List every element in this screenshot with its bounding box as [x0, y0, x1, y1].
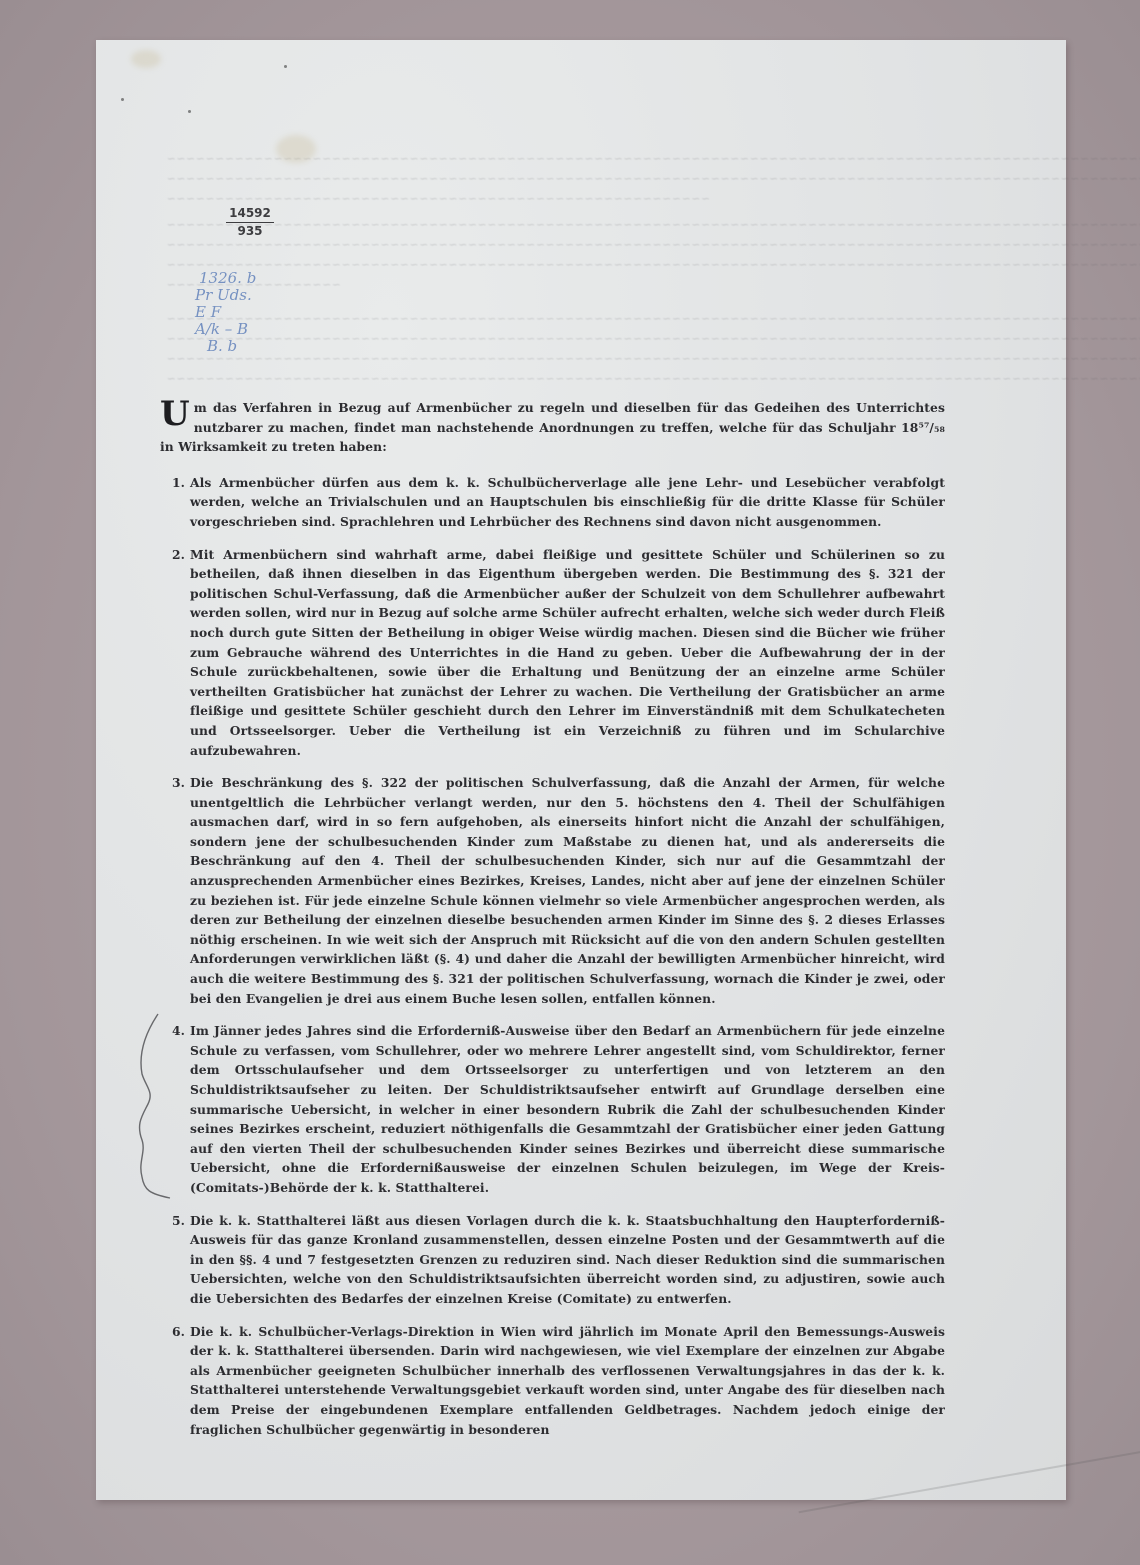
bleed-through-text: ~~~~~~~~~~~~~~~~~~~~~~~~~~~~~~~~~~~~~~~~…	[166, 192, 710, 205]
file-number-numerator: 14592	[226, 206, 274, 221]
ordinance-item-6: 6. Die k. k. Schulbücher-Verlags-Direkti…	[160, 1322, 945, 1440]
item-number: 5.	[160, 1211, 190, 1309]
bleed-through-text: ~~~~~~~~~~~~~~~~~~~~~~~~~~~~~~~~~~~~~~~~…	[166, 332, 1140, 345]
item-text: Die k. k. Schulbücher-Verlags-Direktion …	[190, 1322, 945, 1440]
bleed-through-text: ~~~~~~~~~~~~~~~~~~~~~~~~~~~~~~~~~~~~~~~~…	[166, 172, 1140, 185]
paper-stain	[276, 135, 316, 163]
item-text: Im Jänner jedes Jahres sind die Erforder…	[190, 1021, 945, 1197]
paper-stain	[131, 50, 161, 68]
bleed-through-text: ~~~~~~~~~~~~~~~~~~~~~~~~~~~~~~~~~~~~~~~~…	[166, 352, 1140, 365]
item-number: 6.	[160, 1322, 190, 1440]
bleed-through-text: ~~~~~~~~~~~~~~~~~~~~~~~~~~~~~~~~~~~~~~~~…	[166, 312, 1140, 325]
item-number: 4.	[160, 1021, 190, 1197]
item-text: Als Armenbücher dürfen aus dem k. k. Sch…	[190, 473, 945, 532]
paper-spot	[284, 65, 287, 68]
handwritten-note: Pr Uds.	[195, 287, 256, 304]
paper-spot	[188, 110, 191, 113]
bleed-through-text: ~~~~~~~~~~~~~~~~~~~~~~~~~~~~~~~~~~~~~~~~…	[166, 258, 1140, 271]
bleed-through-text: ~~~~~~~~~~~~~~~~~~~~~~~~~~~~~~~~~~~~~~~~…	[166, 238, 1140, 251]
intro-paragraph: U m das Verfahren in Bezug auf Armenbüch…	[160, 398, 945, 457]
handwritten-notes: 1326. b Pr Uds. E F A/k – B B. b	[195, 270, 256, 355]
item-number: 3.	[160, 773, 190, 1008]
handwritten-note: E F	[195, 304, 256, 321]
item-text: Mit Armenbüchern sind wahrhaft arme, dab…	[190, 545, 945, 761]
fraction-bar	[226, 222, 274, 223]
paper-spot	[121, 98, 124, 101]
handwritten-note: B. b	[207, 338, 256, 355]
item-text: Die Beschränkung des §. 322 der politisc…	[190, 773, 945, 1008]
bleed-through-text: ~~~~~~~~~~~~~~~~~~~~~~~~~~~~~~~~~~~~~~~~…	[166, 372, 1140, 385]
file-number: 14592 935	[226, 206, 274, 239]
initial-capital: U	[160, 400, 190, 428]
ordinance-item-2: 2. Mit Armenbüchern sind wahrhaft arme, …	[160, 545, 945, 761]
handwritten-note: A/k – B	[195, 321, 256, 338]
ordinance-item-5: 5. Die k. k. Statthalterei läßt aus dies…	[160, 1211, 945, 1309]
item-text: Die k. k. Statthalterei läßt aus diesen …	[190, 1211, 945, 1309]
document-body: U m das Verfahren in Bezug auf Armenbüch…	[160, 398, 945, 1452]
ordinance-item-3: 3. Die Beschränkung des §. 322 der polit…	[160, 773, 945, 1008]
ordinance-item-4: 4. Im Jänner jedes Jahres sind die Erfor…	[160, 1021, 945, 1197]
item-number: 1.	[160, 473, 190, 532]
ordinance-item-1: 1. Als Armenbücher dürfen aus dem k. k. …	[160, 473, 945, 532]
bleed-through-text: ~~~~~~~~~~~~~~~~~~~~~~~~~~~~~~~~~~~~~~~~…	[166, 218, 1140, 231]
file-number-denominator: 935	[226, 224, 274, 239]
handwritten-note: 1326. b	[199, 270, 256, 287]
paper-crease	[799, 1449, 1140, 1513]
intro-text: m das Verfahren in Bezug auf Armenbücher…	[160, 400, 945, 454]
item-number: 2.	[160, 545, 190, 761]
